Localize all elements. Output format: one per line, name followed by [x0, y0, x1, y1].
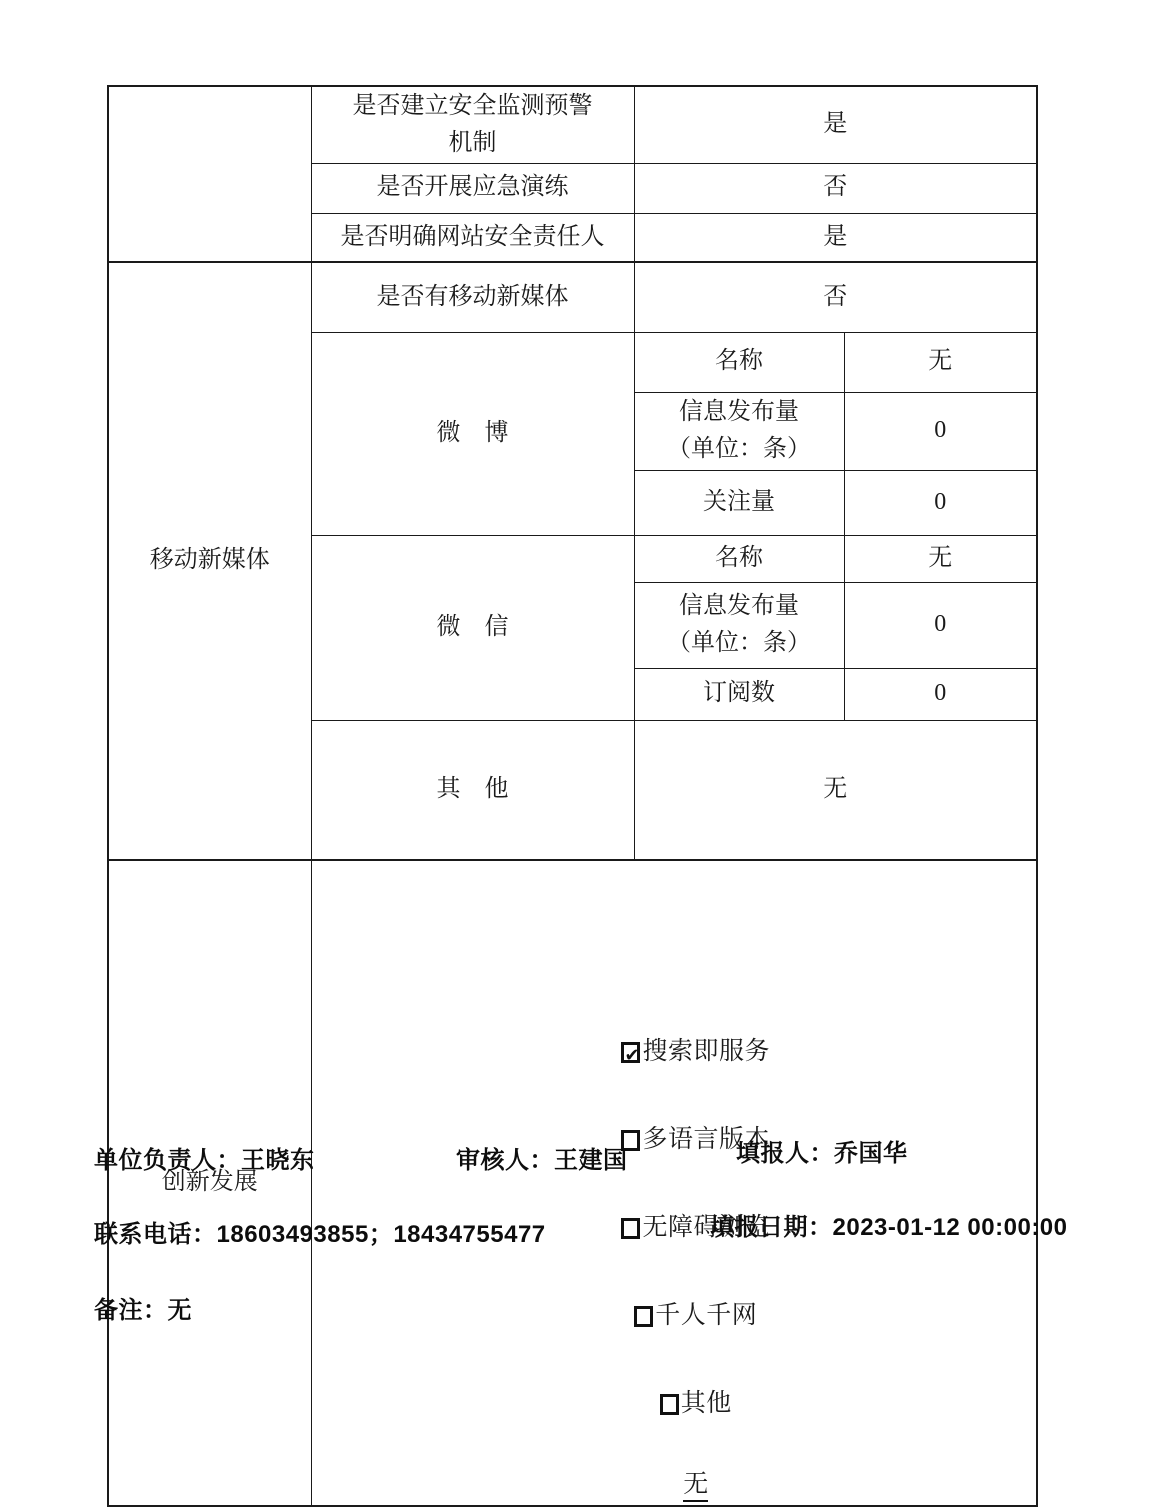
- emergency-drill-value: 否: [634, 163, 1037, 213]
- weibo-posts-value: 0: [844, 392, 1037, 470]
- remark-label: 备注：: [94, 1297, 168, 1324]
- annual-report-table: 是否建立安全监测预警 机制 是 是否开展应急演练 否 是否明确网站安全责任人 是…: [107, 85, 1038, 1507]
- filler-field: 填报人：乔国华: [736, 1139, 908, 1169]
- monitor-warning-row: 是否建立安全监测预警 机制 是: [108, 86, 1037, 163]
- wechat-name-value: 无: [844, 535, 1037, 582]
- weibo-name-label: 名称: [634, 332, 844, 392]
- weibo-followers-label: 关注量: [634, 470, 844, 535]
- reviewer-label: 审核人：: [456, 1147, 554, 1174]
- remark-field: 备注：无: [94, 1296, 192, 1326]
- other-media-value: 无: [634, 720, 1037, 860]
- monitor-warning-label: 是否建立安全监测预警 机制: [311, 86, 634, 163]
- weibo-name-value: 无: [844, 332, 1037, 392]
- mobile-media-section-label: 移动新媒体: [108, 262, 311, 860]
- innovation-option: ✔千人千网: [634, 1302, 757, 1329]
- innovation-option-label: 其他: [681, 1390, 732, 1417]
- other-media-label: 其 他: [311, 720, 634, 860]
- unit-head-label: 单位负责人：: [94, 1147, 241, 1174]
- emergency-drill-label: 是否开展应急演练: [311, 163, 634, 213]
- security-officer-value: 是: [634, 213, 1037, 262]
- has-new-media-value: 否: [634, 262, 1037, 332]
- contact-phone-value: 18603493855；18434755477: [217, 1221, 546, 1248]
- wechat-posts-label: 信息发布量 （单位：条）: [634, 582, 844, 668]
- innovation-row: 创新发展 ✔搜索即服务 ✔多语言版本 ✔无障碍浏览 ✔千人千网 ✔其: [108, 860, 1037, 1506]
- checkbox-icon[interactable]: ✔: [621, 1218, 640, 1239]
- checkbox-icon[interactable]: ✔: [634, 1306, 653, 1327]
- unit-head-field: 单位负责人：王晓东: [94, 1146, 315, 1176]
- report-date-field: 填报日期：2023-01-12 00:00:00: [710, 1213, 1068, 1243]
- innovation-option-label: 千人千网: [655, 1302, 757, 1329]
- security-officer-label: 是否明确网站安全责任人: [311, 213, 634, 262]
- section-cell-empty: [108, 86, 311, 262]
- checkbox-icon[interactable]: ✔: [660, 1394, 679, 1415]
- innovation-content-cell: ✔搜索即服务 ✔多语言版本 ✔无障碍浏览 ✔千人千网 ✔其他 无: [311, 860, 1037, 1506]
- report-date-value: 2023-01-12 00:00:00: [833, 1214, 1068, 1241]
- innovation-option-label: 搜索即服务: [642, 1038, 770, 1065]
- contact-phone-label: 联系电话：: [94, 1221, 217, 1248]
- wechat-subscribers-label: 订阅数: [634, 668, 844, 720]
- weibo-posts-label: 信息发布量 （单位：条）: [634, 392, 844, 470]
- wechat-name-label: 名称: [634, 535, 844, 582]
- monitor-warning-value: 是: [634, 86, 1037, 163]
- filler-label: 填报人：: [736, 1140, 834, 1167]
- innovation-other-value: 无: [683, 1471, 708, 1502]
- contact-phone-field: 联系电话：18603493855；18434755477: [94, 1220, 546, 1250]
- unit-head-value: 王晓东: [241, 1147, 315, 1174]
- check-mark-icon: ✔: [624, 1045, 640, 1066]
- report-date-label: 填报日期：: [710, 1214, 833, 1241]
- weibo-followers-value: 0: [844, 470, 1037, 535]
- weibo-group-label: 微 博: [311, 332, 634, 535]
- innovation-option: ✔其他: [660, 1390, 732, 1417]
- has-new-media-label: 是否有移动新媒体: [311, 262, 634, 332]
- innovation-option: ✔搜索即服务: [621, 1038, 770, 1065]
- report-page: 是否建立安全监测预警 机制 是 是否开展应急演练 否 是否明确网站安全责任人 是…: [0, 0, 1152, 1453]
- innovation-section-label: 创新发展: [108, 860, 311, 1506]
- reviewer-value: 王建国: [554, 1147, 628, 1174]
- has-new-media-row: 移动新媒体 是否有移动新媒体 否: [108, 262, 1037, 332]
- remark-value: 无: [168, 1297, 193, 1324]
- wechat-group-label: 微 信: [311, 535, 634, 720]
- checkbox-icon[interactable]: ✔: [621, 1042, 640, 1063]
- wechat-posts-value: 0: [844, 582, 1037, 668]
- reviewer-field: 审核人：王建国: [456, 1146, 628, 1176]
- wechat-subscribers-value: 0: [844, 668, 1037, 720]
- filler-value: 乔国华: [834, 1140, 908, 1167]
